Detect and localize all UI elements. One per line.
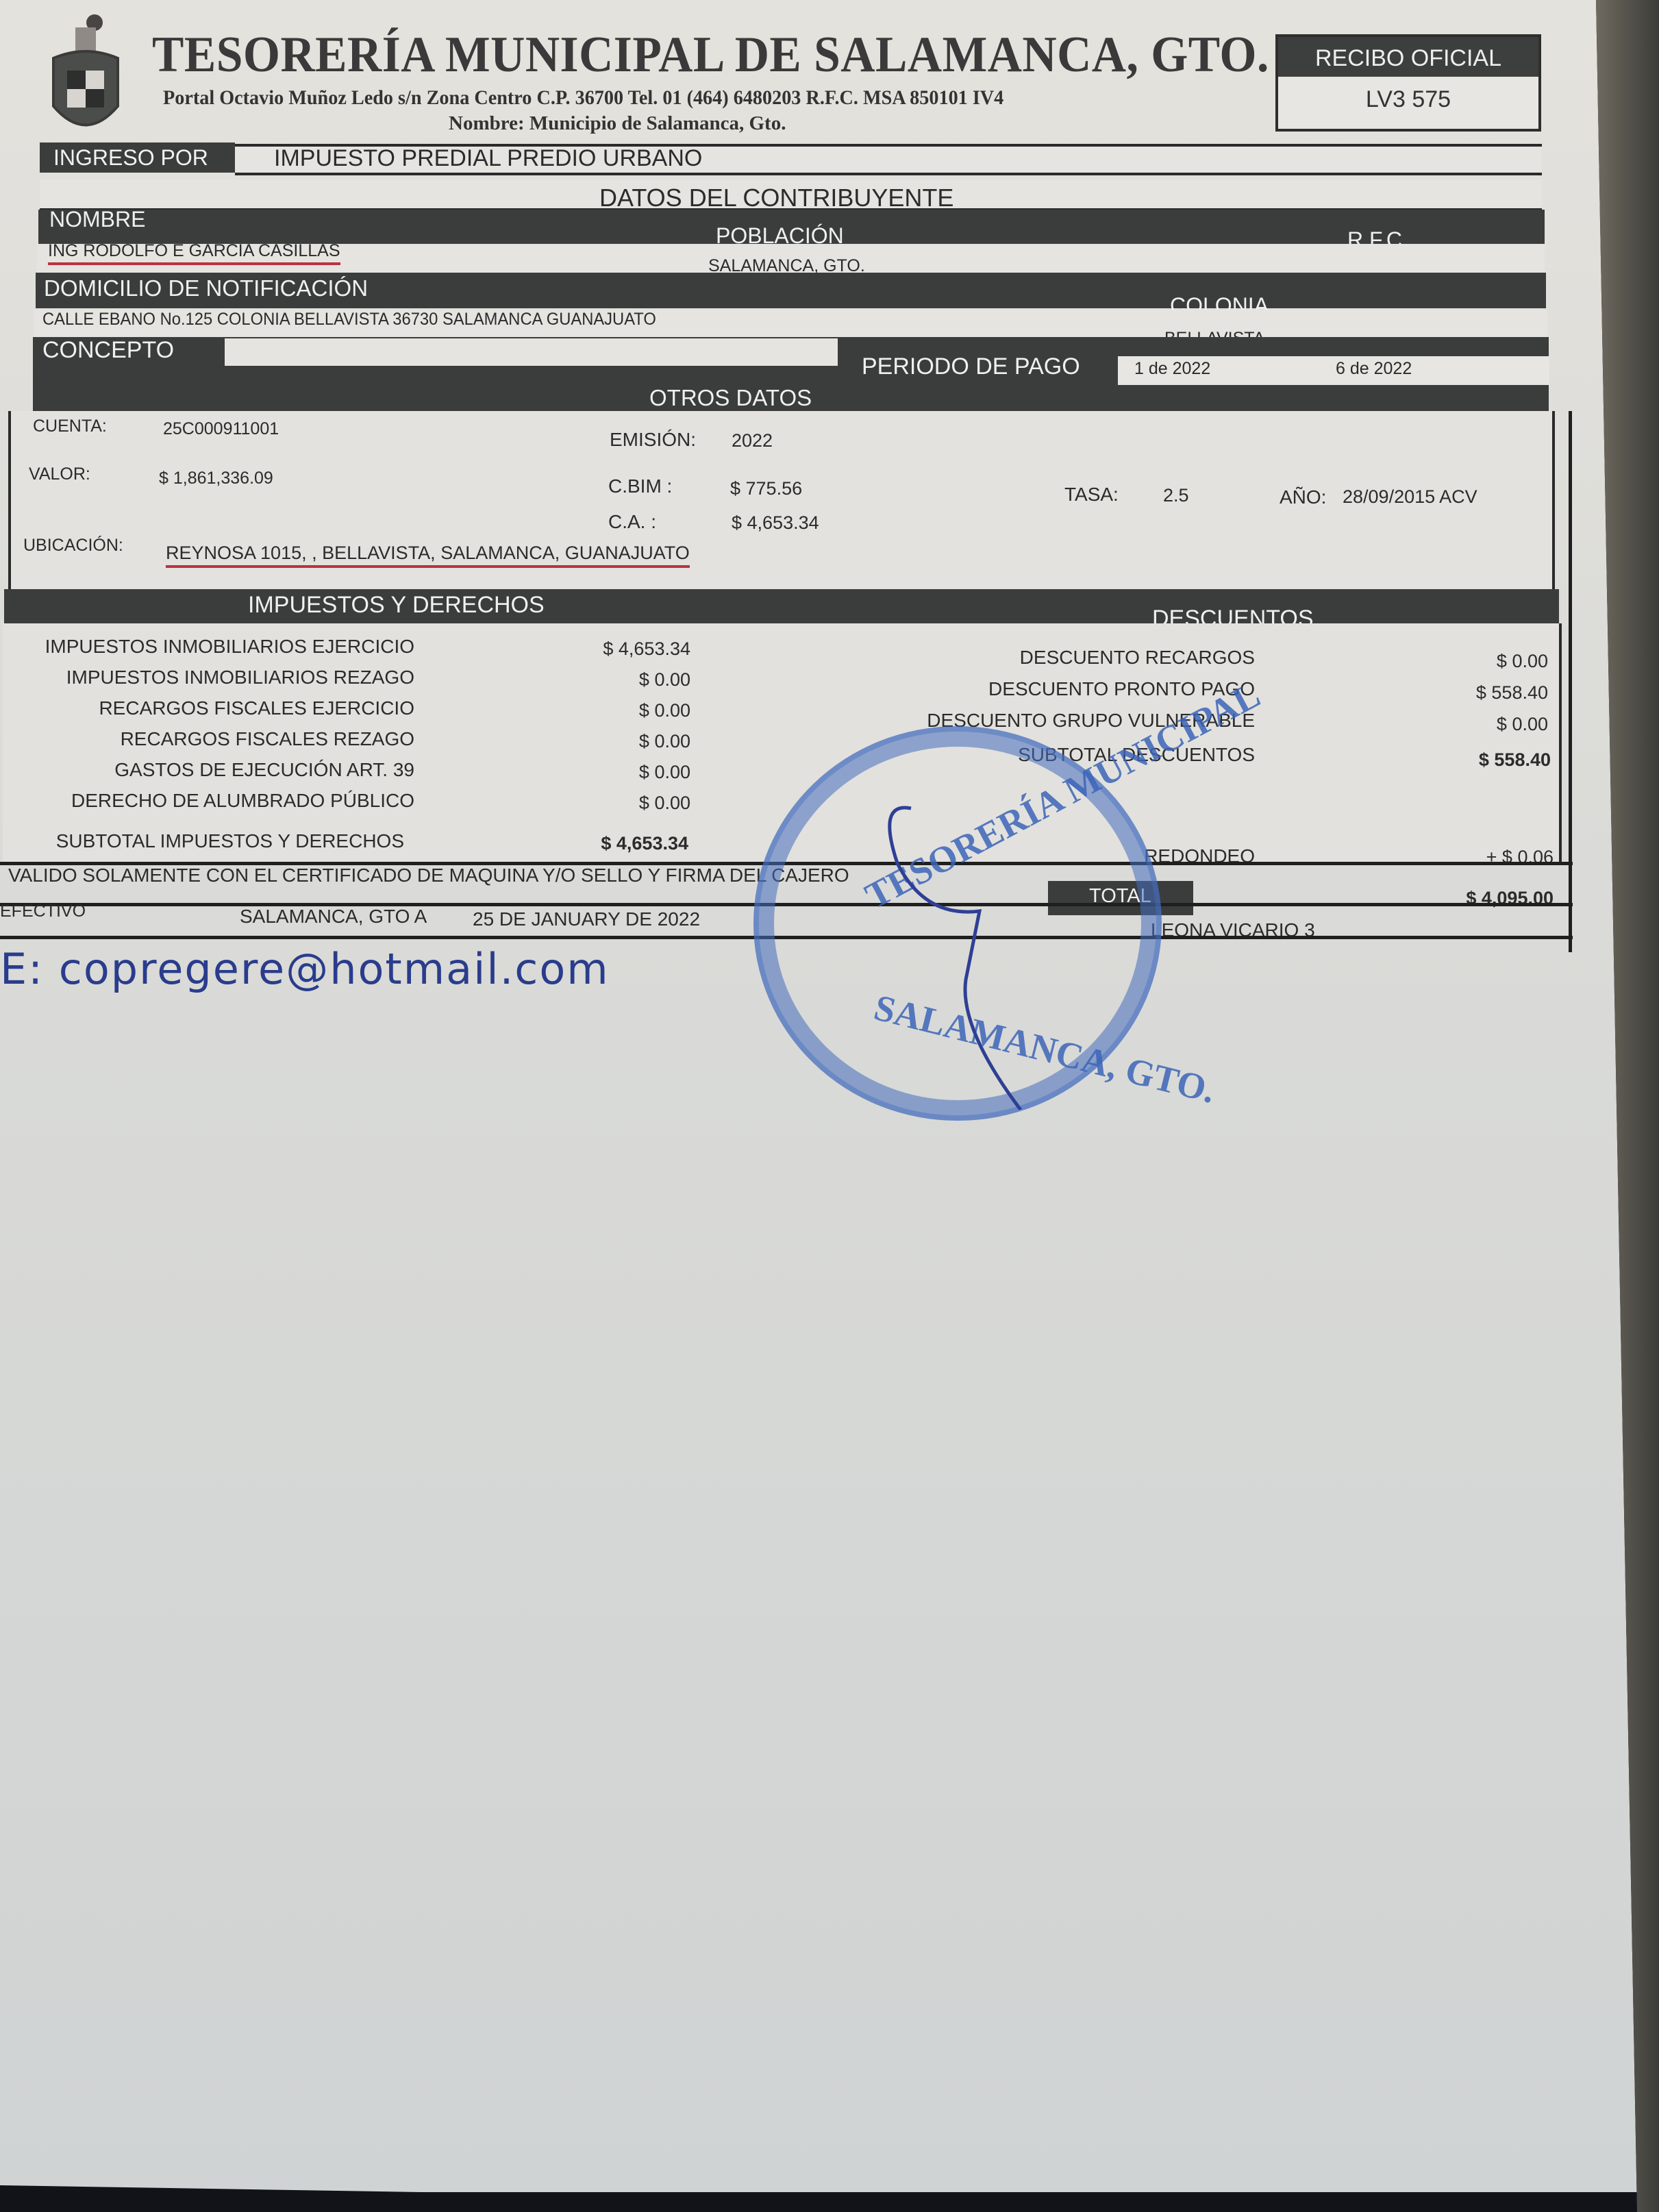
concepto-label: CONCEPTO — [42, 337, 174, 364]
periodo-hasta: 6 de 2022 — [1336, 359, 1412, 379]
anio-label: AÑO: — [1280, 486, 1326, 508]
border-right — [1569, 411, 1572, 952]
treasury-address: Portal Octavio Muñoz Ledo s/n Zona Centr… — [163, 86, 1003, 110]
impuesto-label: IMPUESTOS INMOBILIARIOS EJERCICIO — [0, 636, 414, 658]
domicilio-label: DOMICILIO DE NOTIFICACIÓN — [44, 275, 368, 301]
impuesto-amount: $ 0.00 — [548, 762, 690, 783]
ca-label: C.A. : — [608, 511, 656, 533]
sections-header-band — [4, 589, 1559, 623]
contribuyente-title: DATOS DEL CONTRIBUYENTE — [599, 184, 953, 212]
descuento-label: DESCUENTO PRONTO PAGO — [822, 678, 1255, 700]
descuento-amount: $ 0.00 — [1370, 714, 1548, 735]
signature-icon — [863, 788, 1069, 1110]
valor-value: $ 1,861,336.09 — [159, 469, 273, 488]
treasury-name-line: Nombre: Municipio de Salamanca, Gto. — [449, 112, 786, 135]
cuenta-label: CUENTA: — [33, 417, 107, 436]
emision-value: 2022 — [732, 430, 773, 451]
nombre-label: NOMBRE — [49, 207, 145, 232]
coat-of-arms-icon — [41, 10, 130, 140]
cuenta-value: 25C000911001 — [163, 419, 279, 439]
validez-note: VALIDO SOLAMENTE CON EL CERTIFICADO DE M… — [8, 865, 849, 886]
descuento-amount: $ 0.00 — [1370, 651, 1548, 672]
periodo-desde: 1 de 2022 — [1134, 359, 1210, 379]
periodo-label: PERIODO DE PAGO — [862, 353, 1080, 380]
ingreso-value: IMPUESTO PREDIAL PREDIO URBANO — [274, 145, 702, 172]
impuesto-amount: $ 4,653.34 — [548, 638, 690, 660]
impuestos-subtotal-label: SUBTOTAL IMPUESTOS Y DERECHOS — [0, 830, 404, 852]
otros-datos-title: OTROS DATOS — [649, 385, 812, 411]
forma-pago: EFECTIVO — [0, 902, 86, 921]
lugar: SALAMANCA, GTO A — [240, 906, 427, 928]
impuestos-title: IMPUESTOS Y DERECHOS — [248, 592, 545, 619]
descuento-label: DESCUENTO RECARGOS — [822, 647, 1255, 669]
concepto-field — [225, 338, 838, 366]
nombre-value: ING RODOLFO E GARCIA CASILLAS — [48, 241, 340, 265]
emision-label: EMISIÓN: — [610, 429, 696, 451]
impuesto-label: RECARGOS FISCALES REZAGO — [0, 728, 414, 750]
tasa-value: 2.5 — [1163, 485, 1189, 506]
anio-value: 28/09/2015 ACV — [1343, 486, 1477, 508]
fecha: 25 DE JANUARY DE 2022 — [473, 908, 700, 930]
impuesto-label: RECARGOS FISCALES EJERCICIO — [0, 697, 414, 719]
cbim-label: C.BIM : — [608, 475, 672, 497]
impuesto-label: IMPUESTOS INMOBILIARIOS REZAGO — [0, 667, 414, 688]
receipt-number-box: RECIBO OFICIAL LV3 575 — [1275, 34, 1541, 132]
impuesto-amount: $ 0.00 — [548, 669, 690, 691]
impuesto-amount: $ 0.00 — [548, 793, 690, 814]
ubicacion-label: UBICACIÓN: — [23, 536, 123, 556]
ca-value: $ 4,653.34 — [732, 512, 819, 534]
ingreso-label: INGRESO POR — [40, 142, 235, 173]
impuesto-label: GASTOS DE EJECUCIÓN ART. 39 — [0, 759, 414, 781]
ubicacion-value: REYNOSA 1015, , BELLAVISTA, SALAMANCA, G… — [166, 543, 690, 568]
valor-label: VALOR: — [29, 464, 90, 484]
impuesto-label: DERECHO DE ALUMBRADO PÚBLICO — [0, 790, 414, 812]
impuesto-amount: $ 0.00 — [548, 700, 690, 721]
descuentos-subtotal-value: $ 558.40 — [1370, 749, 1551, 771]
receipt-label: RECIBO OFICIAL — [1278, 37, 1538, 77]
impuesto-amount: $ 0.00 — [548, 731, 690, 752]
descuento-amount: $ 558.40 — [1370, 682, 1548, 704]
treasury-title: TESORERÍA MUNICIPAL DE SALAMANCA, GTO. — [152, 26, 1269, 84]
receipt-number: LV3 575 — [1278, 77, 1538, 122]
tasa-label: TASA: — [1064, 484, 1119, 506]
cbim-value: $ 775.56 — [730, 478, 802, 499]
domicilio-value: CALLE EBANO No.125 COLONIA BELLAVISTA 36… — [42, 310, 656, 330]
impuestos-subtotal-value: $ 4,653.34 — [548, 833, 688, 854]
handwritten-email: E: copregere@hotmail.com — [0, 944, 610, 994]
